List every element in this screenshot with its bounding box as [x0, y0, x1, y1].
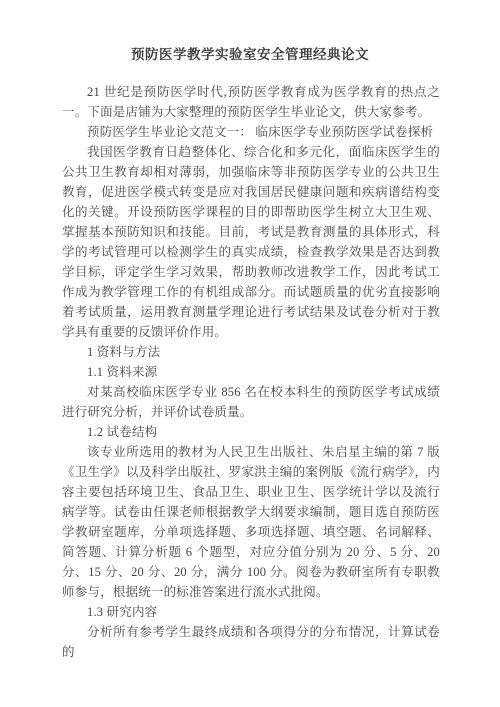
paragraph: 该专业所选用的教材为人民卫生出版社、朱启星主编的第 7 版《卫生学》以及科学出版… — [62, 442, 440, 602]
paragraph: 分析所有参考学生最终成绩和各项得分的分布情况，计算试卷的 — [62, 622, 440, 662]
paragraph: 对某高校临床医学专业 856 名在校本科生的预防医学考试成绩进行研究分析，并评价… — [62, 382, 440, 422]
paragraph: 21 世纪是预防医学时代,预防医学教育成为医学教育的热点之一。下面是店铺为大家整… — [62, 82, 440, 122]
section-heading: 1.3 研究内容 — [62, 602, 440, 622]
document-body: 21 世纪是预防医学时代,预防医学教育成为医学教育的热点之一。下面是店铺为大家整… — [62, 82, 440, 662]
document-title: 预防医学教学实验室安全管理经典论文 — [0, 0, 500, 65]
document-page: 预防医学教学实验室安全管理经典论文 21 世纪是预防医学时代,预防医学教育成为医… — [0, 0, 500, 707]
paragraph: 预防医学生毕业论文范文一： 临床医学专业预防医学试卷探析 — [62, 122, 440, 142]
section-heading: 1.1 资料来源 — [62, 362, 440, 382]
paragraph: 我国医学教育日趋整体化、综合化和多元化，面临床医学生的公共卫生教育却相对薄弱，加… — [62, 142, 440, 342]
section-heading: 1 资料与方法 — [62, 342, 440, 362]
section-heading: 1.2 试卷结构 — [62, 422, 440, 442]
